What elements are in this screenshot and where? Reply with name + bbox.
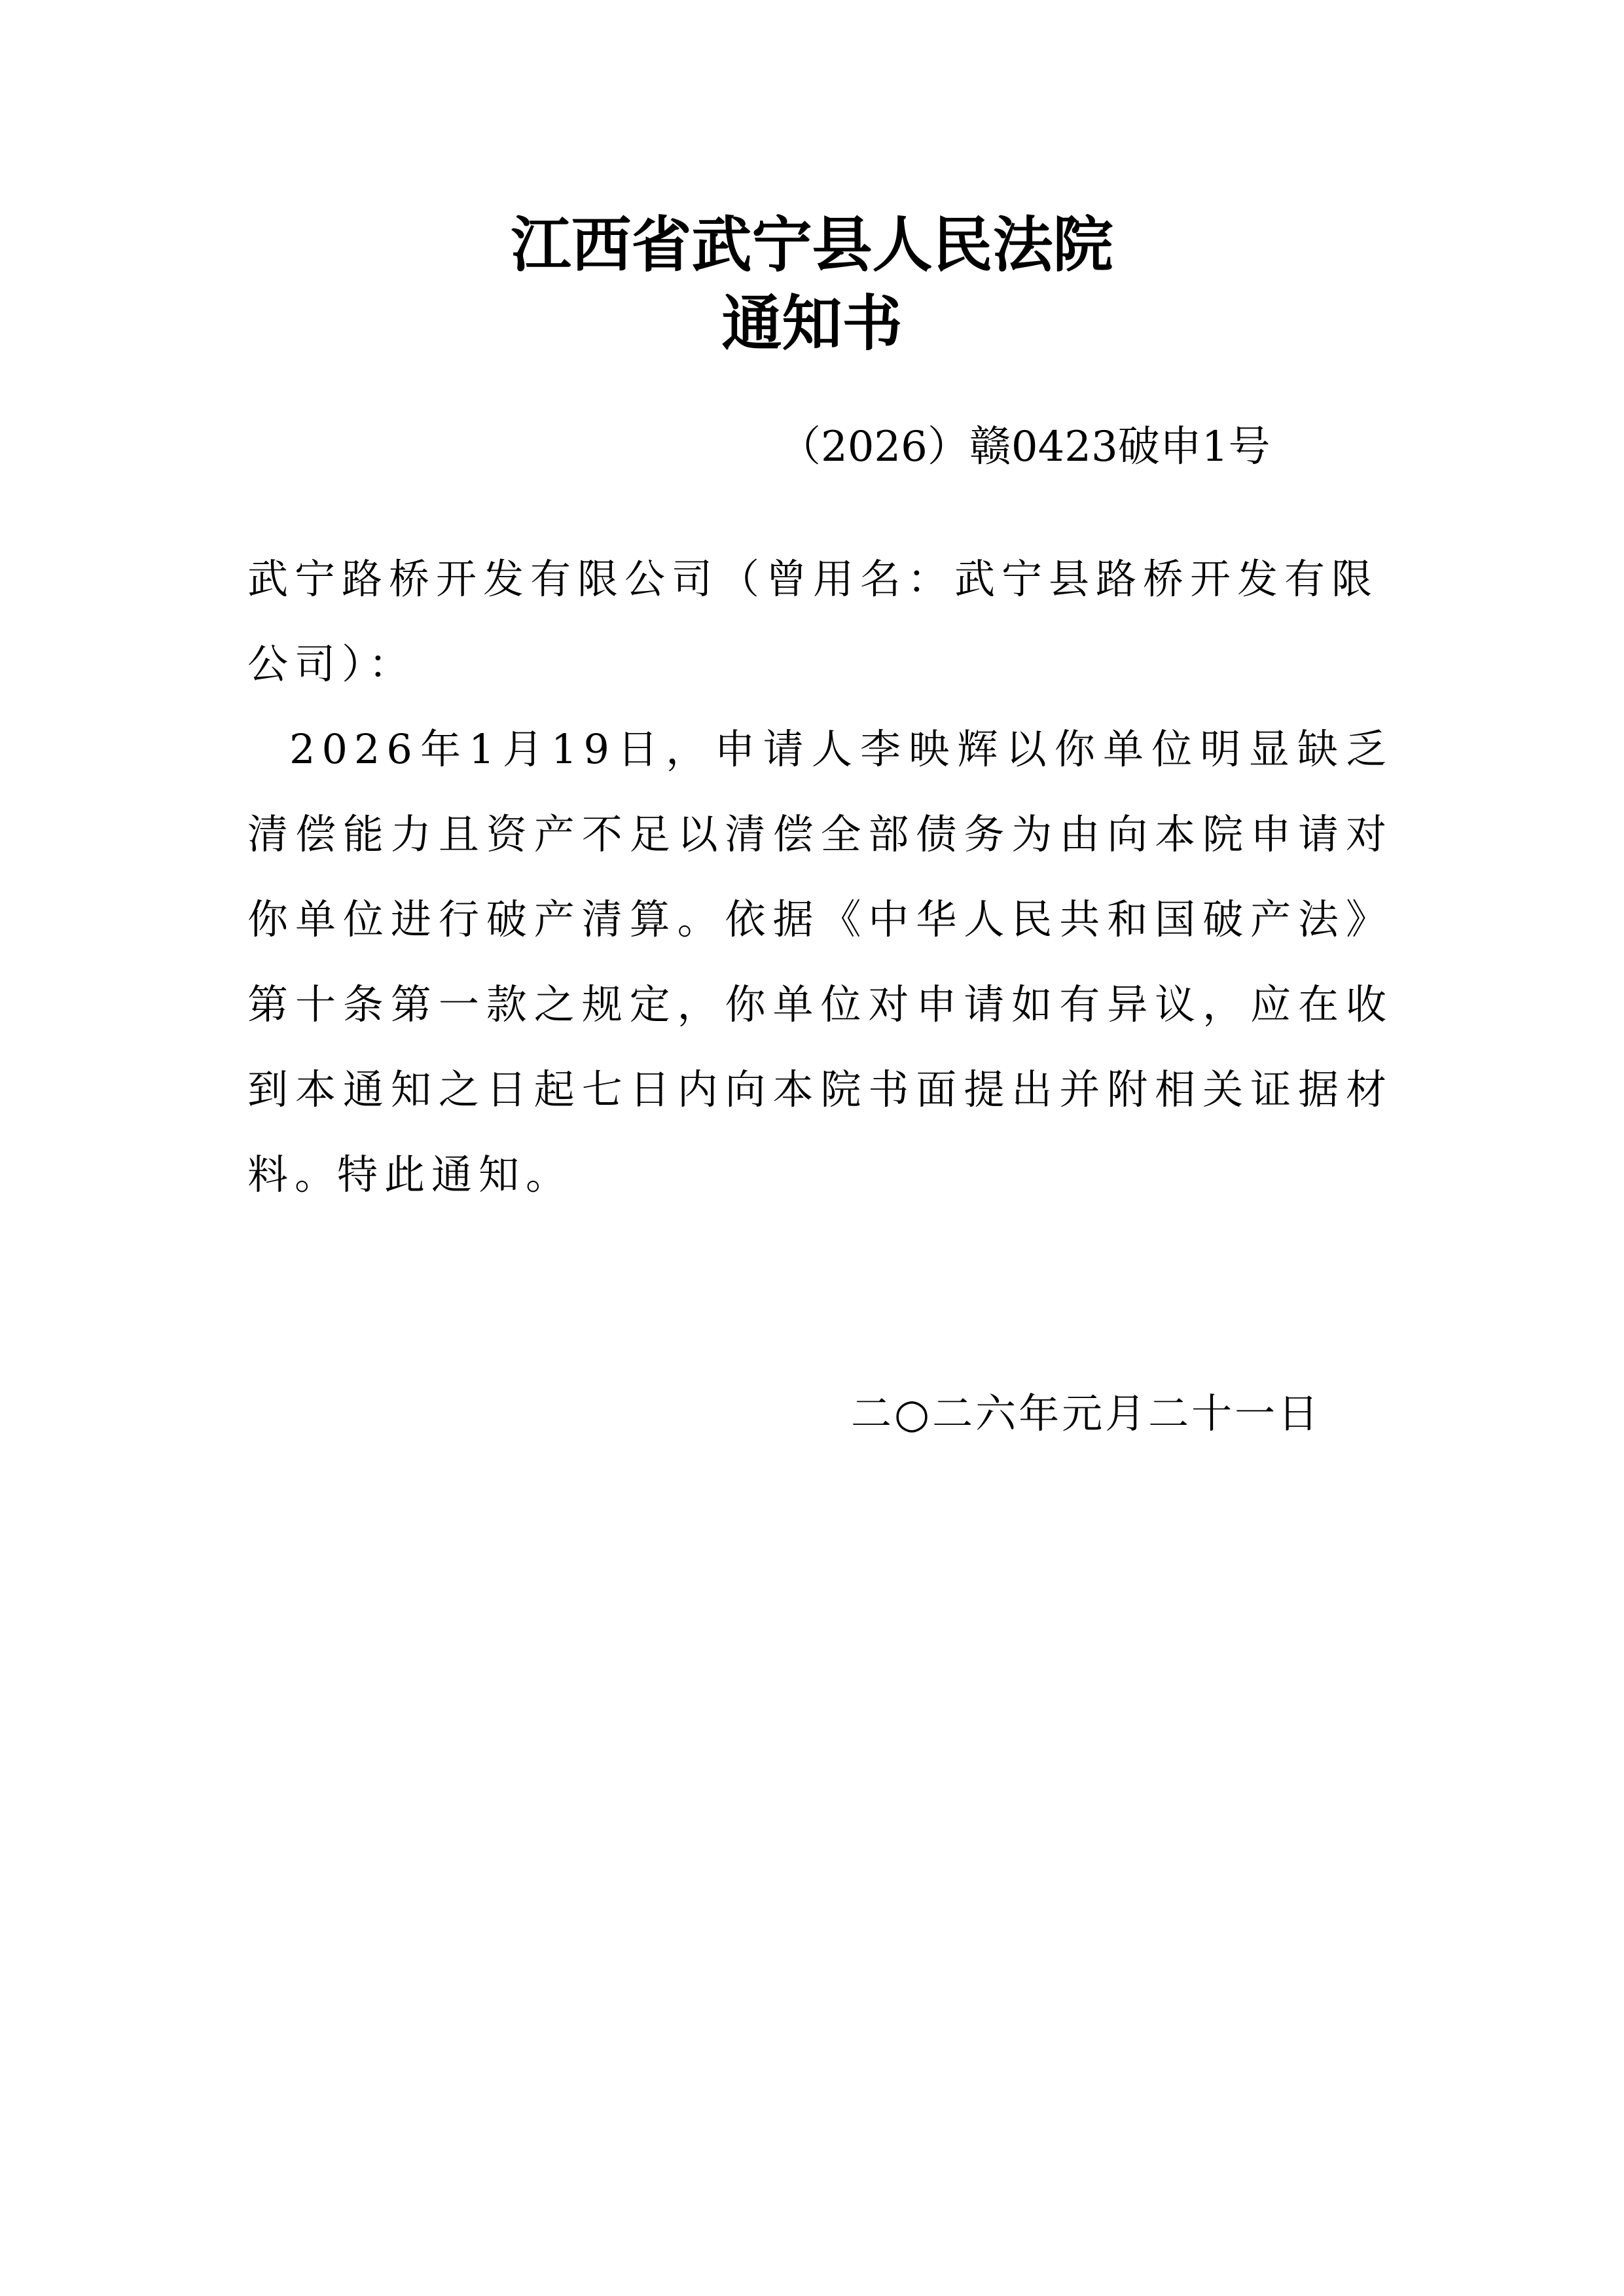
document-page: 江西省武宁县人民法院 通知书 （2026）赣0423破申1号 武宁路桥开发有限公…: [0, 0, 1624, 2296]
closing-line: 特此通知。: [337, 1132, 573, 1217]
court-name-title: 江西省武宁县人民法院: [0, 206, 1624, 285]
case-number: （2026）赣0423破申1号: [779, 418, 1270, 476]
issue-date: 二○二六年元月二十一日: [851, 1371, 1321, 1456]
addressee: 武宁路桥开发有限公司（曾用名：武宁县路桥开发有限公司）：: [247, 537, 1393, 707]
document-type-title: 通知书: [0, 285, 1624, 363]
